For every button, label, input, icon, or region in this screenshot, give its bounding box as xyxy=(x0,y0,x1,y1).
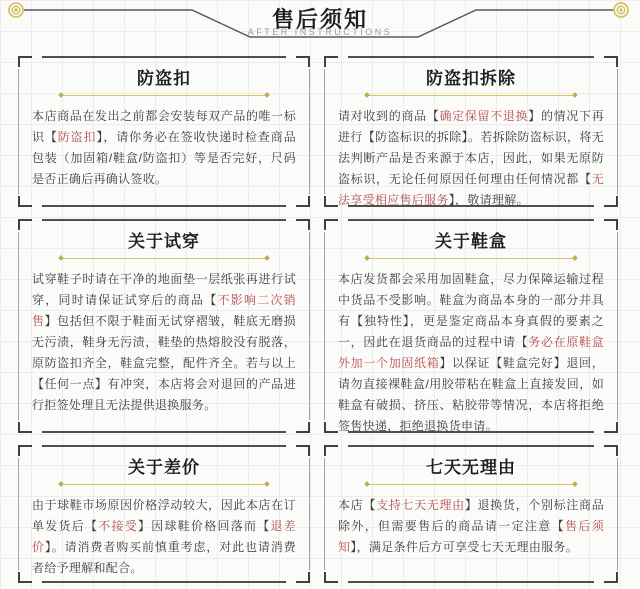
divider-dot xyxy=(572,92,578,98)
panel-seven-day-no-reason: 七天无理由 本店【支持七天无理由】退换货，个别标注商品除外，但需要售后的商品请一… xyxy=(324,445,618,583)
highlighted-text: 退差价 xyxy=(32,519,296,554)
panel-border-left xyxy=(324,232,325,420)
divider-dot xyxy=(572,481,578,487)
divider-line xyxy=(369,258,573,259)
corner-bracket xyxy=(296,572,310,583)
panel-title: 关于鞋盒 xyxy=(324,219,618,252)
panel-border-right xyxy=(309,69,310,194)
corner-bracket xyxy=(296,196,310,207)
corner-bracket xyxy=(324,445,338,456)
divider-line xyxy=(63,258,265,259)
panel-body: 试穿鞋子时请在干净的地面垫一层纸张再进行试穿，同时请保证试穿后的商品【不影响二次… xyxy=(32,269,296,416)
divider-dot xyxy=(364,481,370,487)
corner-bracket xyxy=(324,196,338,207)
corner-bracket xyxy=(18,422,32,433)
notice-grid: 防盗扣 本店商品在发出之前都会安装每双产品的唯一标识【防盗扣】，请你务必在签收快… xyxy=(18,56,622,583)
corner-bracket xyxy=(324,422,338,433)
corner-bracket xyxy=(604,572,618,583)
panel-border-top xyxy=(42,219,286,221)
panel-border-bottom xyxy=(42,581,286,583)
panel-border-bottom xyxy=(42,431,286,433)
corner-bracket xyxy=(296,56,310,67)
highlighted-text: 不影响二次销售 xyxy=(32,293,296,328)
panel-title: 七天无理由 xyxy=(324,445,618,478)
panel-border-top xyxy=(42,56,286,58)
panel-border-bottom xyxy=(348,581,594,583)
corner-bracket xyxy=(18,196,32,207)
panel-anti-theft-buckle-removal: 防盗扣拆除 请对收到的商品【确定保留不退换】的情况下再进行【防盗标识的拆除】。若… xyxy=(324,56,618,207)
corner-bracket xyxy=(18,56,32,67)
highlighted-text: 务必在原鞋盒外加一个加固纸箱 xyxy=(338,335,604,370)
panel-body: 本店【支持七天无理由】退换货，个别标注商品除外，但需要售后的商品请一定注意【售后… xyxy=(338,495,604,558)
divider-dot xyxy=(264,255,270,261)
title-divider xyxy=(365,256,577,260)
panel-body: 本店发货都会采用加固鞋盒，尽力保障运输过程中货品不受影响。鞋盒为商品本身的一部分… xyxy=(338,269,604,437)
corner-bracket xyxy=(604,56,618,67)
divider-dot xyxy=(58,481,64,487)
corner-bracket xyxy=(604,445,618,456)
panel-title: 防盗扣拆除 xyxy=(324,56,618,89)
title-divider xyxy=(59,93,269,97)
panel-border-left xyxy=(324,458,325,570)
divider-dot xyxy=(572,255,578,261)
corner-bracket xyxy=(296,445,310,456)
panel-title: 关于试穿 xyxy=(18,219,310,252)
panel-border-left xyxy=(18,69,19,194)
panel-about-shoe-box: 关于鞋盒 本店发货都会采用加固鞋盒，尽力保障运输过程中货品不受影响。鞋盒为商品本… xyxy=(324,219,618,433)
divider-dot xyxy=(364,92,370,98)
panel-border-left xyxy=(18,232,19,420)
divider-dot xyxy=(264,92,270,98)
panel-border-top xyxy=(42,445,286,447)
divider-line xyxy=(63,484,265,485)
panel-border-left xyxy=(18,458,19,570)
panel-border-right xyxy=(617,458,618,570)
corner-bracket xyxy=(18,219,32,230)
highlighted-text: 确定保留不退换 xyxy=(439,109,528,123)
divider-dot xyxy=(364,255,370,261)
panel-border-top xyxy=(348,56,594,58)
corner-bracket xyxy=(324,219,338,230)
corner-bracket xyxy=(604,219,618,230)
panel-body: 请对收到的商品【确定保留不退换】的情况下再进行【防盗标识的拆除】。若拆除防盗标识… xyxy=(338,106,604,211)
divider-dot xyxy=(58,255,64,261)
panel-border-right xyxy=(309,232,310,420)
panel-about-price-difference: 关于差价 由于球鞋市场原因价格浮动较大，因此本店在订单发货后【不接受】因球鞋价格… xyxy=(18,445,310,583)
panel-border-bottom xyxy=(348,205,594,207)
panel-border-right xyxy=(617,69,618,194)
corner-bracket xyxy=(324,56,338,67)
panel-border-bottom xyxy=(42,205,286,207)
panel-border-right xyxy=(617,232,618,420)
highlighted-text: 支持七天无理由 xyxy=(376,498,465,512)
panel-body: 本店商品在发出之前都会安装每双产品的唯一标识【防盗扣】，请你务必在签收快递时检查… xyxy=(32,106,296,190)
corner-bracket xyxy=(296,219,310,230)
corner-bracket xyxy=(18,572,32,583)
corner-bracket xyxy=(324,572,338,583)
page-subtitle: AFTER INSTRUCTIONS xyxy=(0,27,640,37)
panel-title: 防盗扣 xyxy=(18,56,310,89)
title-divider xyxy=(59,256,269,260)
corner-bracket xyxy=(604,422,618,433)
divider-dot xyxy=(58,92,64,98)
page-header: 售后须知 AFTER INSTRUCTIONS xyxy=(0,0,640,50)
highlighted-text: 无法享受相应售后服务 xyxy=(338,172,604,207)
divider-line xyxy=(369,95,573,96)
panel-border-bottom xyxy=(348,431,594,433)
title-divider xyxy=(365,93,577,97)
panel-border-top xyxy=(348,219,594,221)
corner-bracket xyxy=(604,196,618,207)
corner-bracket xyxy=(18,445,32,456)
panel-border-right xyxy=(309,458,310,570)
divider-line xyxy=(63,95,265,96)
panel-body: 由于球鞋市场原因价格浮动较大，因此本店在订单发货后【不接受】因球鞋价格回落而【退… xyxy=(32,495,296,579)
title-divider xyxy=(59,482,269,486)
panel-about-trying-on: 关于试穿 试穿鞋子时请在干净的地面垫一层纸张再进行试穿，同时请保证试穿后的商品【… xyxy=(18,219,310,433)
panel-anti-theft-buckle: 防盗扣 本店商品在发出之前都会安装每双产品的唯一标识【防盗扣】，请你务必在签收快… xyxy=(18,56,310,207)
highlighted-text: 防盗扣 xyxy=(58,130,97,144)
corner-bracket xyxy=(296,422,310,433)
divider-line xyxy=(369,484,573,485)
panel-border-left xyxy=(324,69,325,194)
panel-border-top xyxy=(348,445,594,447)
divider-dot xyxy=(264,481,270,487)
panel-title: 关于差价 xyxy=(18,445,310,478)
highlighted-text: 不接受 xyxy=(98,519,138,533)
title-divider xyxy=(365,482,577,486)
highlighted-text: 售后须知 xyxy=(338,519,604,554)
